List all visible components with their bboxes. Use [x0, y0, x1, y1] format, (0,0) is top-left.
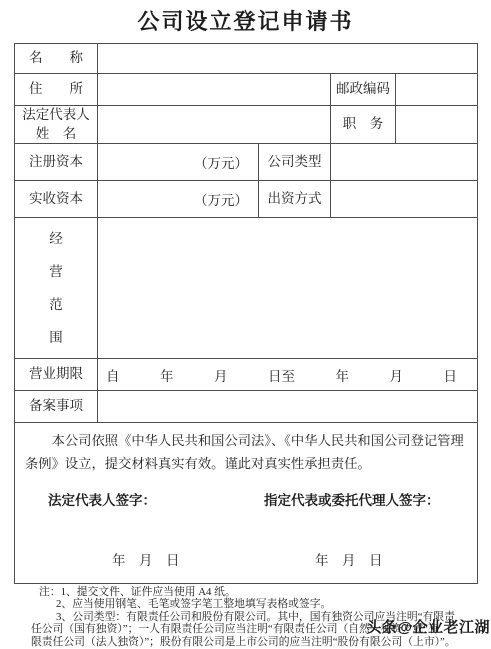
name-value	[98, 44, 478, 74]
declaration-cell: 本公司依照《中华人民共和国公司法》、《中华人民共和国公司登记管理条例》设立，提交…	[15, 423, 478, 584]
page-title: 公司设立登记申请书	[0, 5, 491, 36]
footnote-line-2: 2、应当使用钢笔、毛笔或签字笔工整地填写表格或签字。	[0, 598, 491, 610]
footnote-line-5: 限责任公司（法人独资）”；股份有限公司是上市公司的应当注明“股份有限公司（上市）…	[0, 636, 491, 648]
declaration-text: 本公司依照《中华人民共和国公司法》、《中华人民共和国公司登记管理条例》设立，提交…	[25, 430, 467, 475]
registration-form-table: 名 称 住 所 邮政编码 法定代表人 姓 名 职 务 注册资本 （万元） 公司类…	[14, 43, 478, 584]
row-registered-capital: 注册资本 （万元） 公司类型	[15, 144, 478, 181]
business-period-value: 自 年 月 日至 年 月 日	[98, 359, 478, 391]
row-declaration: 本公司依照《中华人民共和国公司法》、《中华人民共和国公司登记管理条例》设立，提交…	[15, 423, 478, 584]
business-scope-label: 经 营 范 围	[15, 218, 98, 359]
legal-rep-signature-label: 法定代表人签字：	[48, 489, 156, 509]
date-left: 年 月 日	[112, 549, 180, 569]
date-right: 年 月 日	[315, 549, 383, 569]
signature-row: 法定代表人签字： 指定代表或委托代理人签字：	[15, 489, 477, 508]
registered-capital-unit: （万元）	[98, 144, 259, 181]
agent-signature-label: 指定代表或委托代理人签字：	[264, 489, 440, 509]
postal-code-label: 邮政编码	[331, 74, 396, 106]
footnote-line-1: 注：1、提交文件、证件应当使用 A4 纸。	[0, 586, 491, 598]
watermark: 头条@企业老江湖	[366, 616, 490, 637]
paid-in-capital-unit: （万元）	[98, 181, 259, 218]
address-label: 住 所	[15, 74, 98, 106]
name-label: 名 称	[15, 44, 98, 74]
business-period-label: 营业期限	[15, 359, 98, 391]
business-scope-value	[98, 218, 478, 359]
position-value	[396, 106, 478, 144]
company-type-label: 公司类型	[259, 144, 331, 181]
row-filing-items: 备案事项	[15, 391, 478, 423]
row-business-scope: 经 营 范 围	[15, 218, 478, 359]
registered-capital-label: 注册资本	[15, 144, 98, 181]
company-type-value	[331, 144, 478, 181]
row-address: 住 所 邮政编码	[15, 74, 478, 106]
row-name: 名 称	[15, 44, 478, 74]
postal-code-value	[396, 74, 478, 106]
row-business-period: 营业期限 自 年 月 日至 年 月 日	[15, 359, 478, 391]
legal-rep-name-value	[98, 106, 331, 144]
paid-in-capital-label: 实收资本	[15, 181, 98, 218]
filing-items-value	[98, 391, 478, 423]
investment-method-label: 出资方式	[259, 181, 331, 218]
address-value	[98, 74, 331, 106]
legal-rep-name-label: 法定代表人 姓 名	[15, 106, 98, 144]
filing-items-label: 备案事项	[15, 391, 98, 423]
investment-method-value	[331, 181, 478, 218]
row-legal-rep: 法定代表人 姓 名 职 务	[15, 106, 478, 144]
date-row: 年 月 日 年 月 日	[15, 549, 477, 568]
row-paid-in-capital: 实收资本 （万元） 出资方式	[15, 181, 478, 218]
position-label: 职 务	[331, 106, 396, 144]
